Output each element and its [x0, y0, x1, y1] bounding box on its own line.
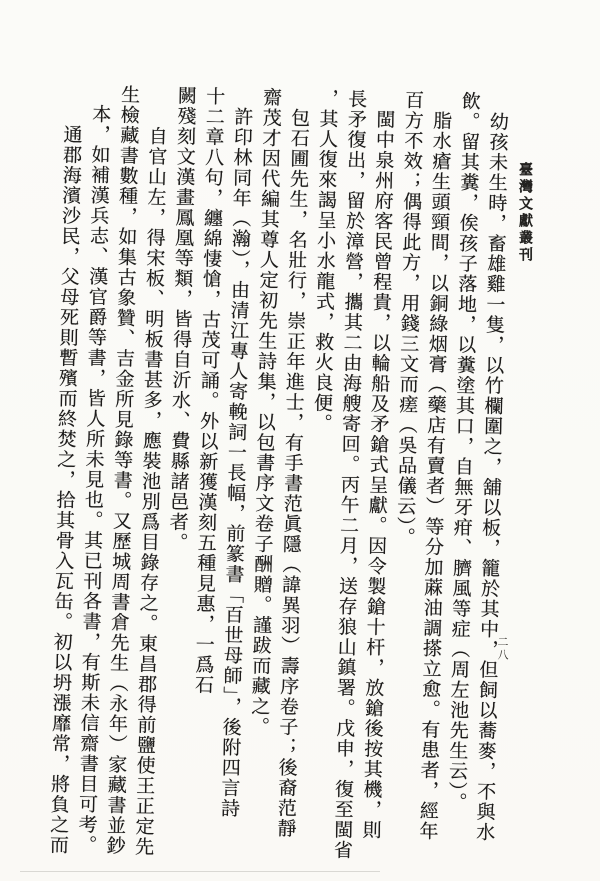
series-title: 臺灣文獻叢刊	[515, 162, 535, 264]
vertical-text-block: 幼孩未生時，畜雄雞一隻，以竹欄圍之，舖以板，籠於其中，但飼以蕎麥，不與水 飲。留…	[43, 83, 512, 864]
book-page-scan: 臺灣文獻叢刊 二八 幼孩未生時，畜雄雞一隻，以竹欄圍之，舖以板，籠於其中，但飼以…	[0, 0, 600, 881]
scan-artifact-line	[20, 871, 380, 872]
